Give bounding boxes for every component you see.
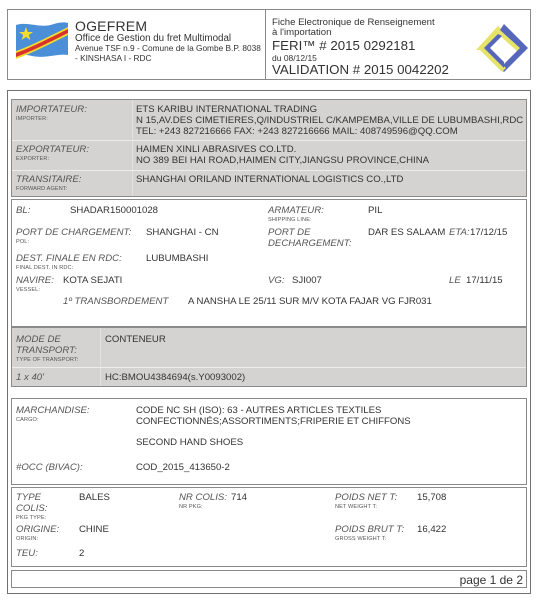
forwarder-name: SHANGHAI ORILAND INTERNATIONAL LOGISTICS… [136, 174, 403, 185]
pol-label: PORT DE CHARGEMENT: [16, 227, 131, 238]
importer-name: ETS KARIBU INTERNATIONAL TRADING [136, 104, 317, 115]
vessel-label: NAVIRE: [16, 275, 54, 286]
feri-number: FERI™ # 2015 0292181 [272, 38, 415, 53]
org-address-line-2: - KINSHASA I - RDC [75, 53, 152, 63]
exporter-label: EXPORTATEUR: [16, 144, 89, 155]
row-divider [12, 140, 526, 141]
pol-sublabel: POL: [16, 239, 29, 245]
pkg-type-value: BALES [79, 492, 110, 503]
pod-label-line-2: DECHARGEMENT: [268, 238, 352, 249]
occ-value: COD_2015_413650-2 [136, 462, 230, 473]
occ-label: #OCC (BIVAC): [16, 462, 83, 473]
shipowner-label: ARMATEUR: [268, 205, 324, 216]
importer-address: N 15,AV.DES CIMETIERES,Q/INDUSTRIEL C/KA… [136, 115, 523, 126]
importer-contact: TEL: +243 827216666 FAX: +243 827216666 … [136, 126, 458, 137]
pod-value: DAR ES SALAAM [368, 227, 445, 238]
exporter-sublabel: EXPORTER: [16, 156, 49, 162]
gross-weight-value: 16,422 [417, 524, 446, 535]
shipowner-sublabel: SHIPPING LINE: [268, 217, 312, 223]
document-body: IMPORTATEUR: IMPORTER: ETS KARIBU INTERN… [7, 90, 531, 594]
mode-sublabel: TYPE OF TRANSPORT: [16, 357, 79, 363]
mode-value: CONTENEUR [105, 334, 166, 345]
vessel-sublabel: VESSEL: [16, 287, 40, 293]
pkg-count-label: NR COLIS: [179, 492, 227, 503]
transport-section: BL: SHADAR150001028 ARMATEUR: SHIPPING L… [11, 199, 527, 327]
validation-number: VALIDATION # 2015 0042202 [272, 62, 449, 77]
drc-flag-icon [14, 19, 70, 61]
cargo-desc-line-3: SECOND HAND SHOES [136, 437, 243, 448]
bl-label: BL: [16, 205, 30, 216]
pkg-type-label-line-1: TYPE [16, 492, 41, 503]
teu-label: TEU: [16, 548, 38, 559]
mode-label-line-1: MODE DE [16, 334, 61, 345]
origin-sublabel: ORIGIN: [16, 536, 38, 542]
pod-label-line-1: PORT DE [268, 227, 310, 238]
row-divider [12, 367, 526, 368]
forwarder-label: TRANSITAIRE: [16, 174, 81, 185]
transshipment-label: 1º TRANSBORDEMENT [63, 296, 168, 307]
org-address-line-1: Avenue TSF n.9 - Comune de la Gombe B.P.… [75, 43, 261, 53]
diamond-logo-icon [474, 22, 530, 78]
header-divider [265, 10, 266, 79]
column-divider [132, 100, 133, 196]
mode-label-line-2: TRANSPORT: [16, 345, 77, 356]
origin-label: ORIGINE: [16, 524, 59, 535]
net-weight-label: POIDS NET T: [335, 492, 397, 503]
pkg-type-sublabel: PKG TYPE: [16, 515, 46, 521]
document-header: OGEFREM Office de Gestion du fret Multim… [7, 9, 531, 80]
shipowner-value: PIL [368, 205, 382, 216]
container-id: HC:BMOU4384694(s.Y0093002) [105, 372, 245, 383]
net-weight-sublabel: NET WEIGHT T: [335, 504, 377, 510]
gross-weight-sublabel: GROSS WEIGHT T: [335, 536, 386, 542]
cargo-section: MARCHANDISE: CARGO: CODE NC SH (ISO): 63… [11, 398, 527, 485]
pkg-count-value: 714 [231, 492, 247, 503]
eta-value: 17/12/15 [470, 227, 507, 238]
final-dest-label: DEST. FINALE EN RDC: [16, 253, 122, 264]
cargo-sublabel: CARGO: [16, 417, 39, 423]
page-indicator: page 1 de 2 [460, 573, 523, 587]
teu-value: 2 [79, 548, 84, 559]
cargo-desc-line-1: CODE NC SH (ISO): 63 - AUTRES ARTICLES T… [136, 405, 381, 416]
departure-date-value: 17/11/15 [466, 275, 503, 286]
transport-mode-section: MODE DE TRANSPORT: TYPE OF TRANSPORT: CO… [11, 327, 527, 387]
doc-title-line-2: à l'importation [272, 27, 331, 38]
origin-value: CHINE [79, 524, 109, 535]
final-dest-value: LUBUMBASHI [146, 253, 208, 264]
column-divider [100, 328, 101, 386]
page-footer: page 1 de 2 [11, 570, 527, 588]
voyage-label: VG: [268, 275, 285, 286]
vessel-value: KOTA SEJATI [63, 275, 122, 286]
parties-section: IMPORTATEUR: IMPORTER: ETS KARIBU INTERN… [11, 99, 527, 197]
voyage-value: SJI007 [292, 275, 322, 286]
importer-label: IMPORTATEUR: [16, 104, 87, 115]
transshipment-value: A NANSHA LE 25/11 SUR M/V KOTA FAJAR VG … [188, 296, 432, 307]
importer-sublabel: IMPORTER: [16, 116, 48, 122]
pkg-count-sublabel: NR PKG: [179, 504, 203, 510]
org-name: OGEFREM [75, 18, 147, 34]
eta-label: ETA: [449, 227, 470, 238]
final-dest-sublabel: FINAL DEST. IN RDC: [16, 265, 73, 271]
bl-value: SHADAR150001028 [70, 205, 158, 216]
cargo-label: MARCHANDISE: [16, 405, 90, 416]
exporter-name: HAIMEN XINLI ABRASIVES CO.LTD. [136, 144, 296, 155]
forwarder-sublabel: FORWARD AGENT: [16, 186, 67, 192]
gross-weight-label: POIDS BRUT T: [335, 524, 404, 535]
container-count: 1 x 40' [16, 372, 44, 383]
cargo-desc-line-2: CONFECTIONNÉS;ASSORTIMENTS;FRIPERIE ET C… [136, 416, 411, 427]
exporter-address: NO 389 BEI HAI ROAD,HAIMEN CITY,JIANGSU … [136, 155, 429, 166]
row-divider [12, 170, 526, 171]
net-weight-value: 15,708 [417, 492, 446, 503]
packages-section: TYPE COLIS: PKG TYPE: BALES NR COLIS: NR… [11, 487, 527, 567]
pkg-type-label-line-2: COLIS: [16, 503, 47, 514]
pol-value: SHANGHAI - CN [146, 227, 219, 238]
departure-date-label: LE [449, 275, 461, 286]
